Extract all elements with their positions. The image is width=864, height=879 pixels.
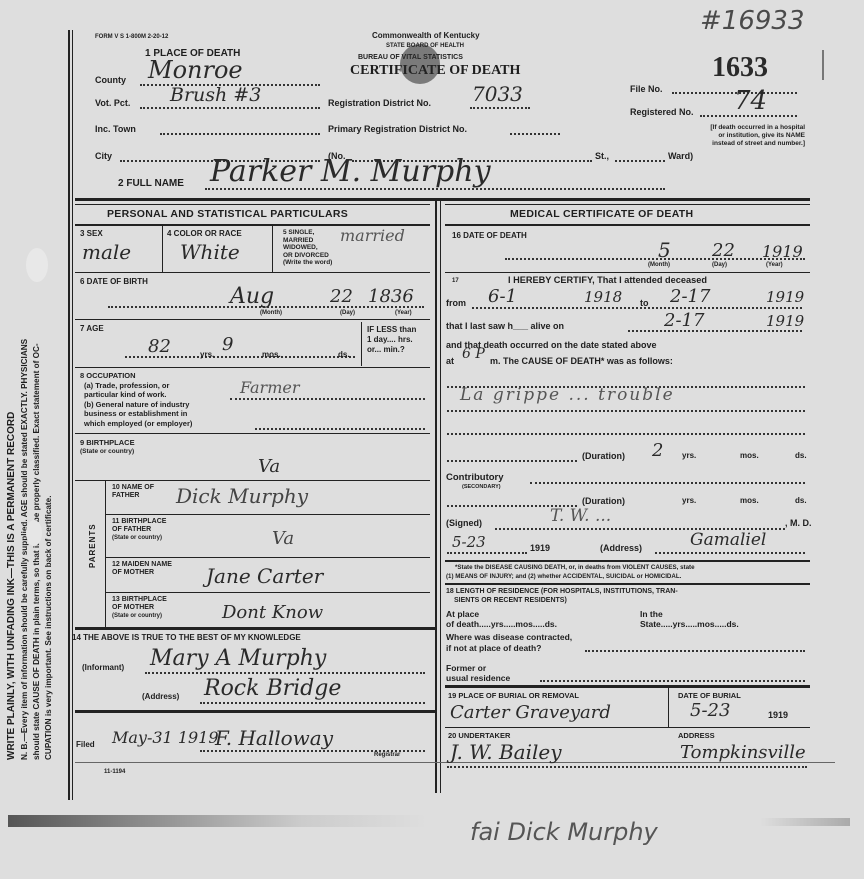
age-months: 9 xyxy=(222,334,233,355)
dob-label: 6 DATE OF BIRTH xyxy=(80,277,148,286)
undertaker-value: J. W. Bailey xyxy=(450,740,562,764)
dob-year-caption: (Year) xyxy=(395,310,412,316)
dob-day-caption: (Day) xyxy=(340,310,355,316)
yrs-label: yrs. xyxy=(200,350,214,359)
contrib-yrs: yrs. xyxy=(682,496,696,505)
signed-label: (Signed) xyxy=(446,518,482,528)
scan-shadow-strip-right xyxy=(760,818,850,826)
physician-address-value: Gamaliel xyxy=(690,530,766,550)
dod-day-caption: (Day) xyxy=(712,262,727,268)
cause-of-death-value: La grippe ... trouble xyxy=(460,385,675,405)
contributory-duration-label: (Duration) xyxy=(582,496,625,506)
secondary-label: (SECONDARY) xyxy=(462,484,501,490)
archive-number-annotation: #16933 xyxy=(700,6,805,36)
filed-value: May-31 1919 xyxy=(112,728,219,747)
column-divider xyxy=(435,198,437,793)
primary-registration-label: Primary Registration District No. xyxy=(328,124,467,134)
filed-label: Filed xyxy=(76,740,95,749)
burial-date-value: 5-23 xyxy=(690,700,730,721)
state-seal-icon xyxy=(400,44,440,84)
frame-left-inner xyxy=(72,30,73,800)
marital-value: married xyxy=(340,226,405,245)
last-saw-label: that I last saw h___ alive on xyxy=(446,321,564,331)
contrib-mos: mos. xyxy=(740,496,759,505)
contracted-label: Where was disease contracted, if not at … xyxy=(446,632,572,654)
county-value: Monroe xyxy=(148,56,243,84)
to-year: 1919 xyxy=(766,288,804,306)
sign-year-value: 1919 xyxy=(530,543,550,553)
dob-day: 22 xyxy=(330,286,353,307)
informant-label: (Informant) xyxy=(82,663,124,672)
date-of-death-year: 1919 xyxy=(762,242,803,261)
duration-yrs: yrs. xyxy=(682,451,696,460)
commonwealth-line: Commonwealth of Kentucky xyxy=(372,31,480,40)
mother-name-value: Jane Carter xyxy=(206,564,323,588)
mother-birthplace-value: Dont Know xyxy=(222,602,323,623)
undertaker-label: 20 UNDERTAKER xyxy=(448,731,510,740)
duration-ds: ds. xyxy=(795,451,807,460)
file-no-value: 1633 xyxy=(712,52,768,84)
dob-month-caption: (Month) xyxy=(260,310,282,316)
in-state-label: In the State.....yrs.....mos.....ds. xyxy=(640,609,739,629)
registrar-label: Registrar xyxy=(374,752,400,758)
burial-date-year: 1919 xyxy=(768,710,788,720)
signed-value: T. W. ... xyxy=(550,506,611,526)
duration-years-value: 2 xyxy=(652,440,663,461)
at-label: at xyxy=(446,356,454,366)
last-saw-value: 2-17 xyxy=(664,310,704,331)
marital-label: 5 SINGLE, MARRIED WIDOWED, OR DIVORCED (… xyxy=(283,229,332,267)
dod-month-caption: (Month) xyxy=(648,262,670,268)
mos-label: mos. xyxy=(262,350,281,359)
at-value: 6 P xyxy=(462,346,485,362)
date-of-death-month: 5 xyxy=(658,238,671,262)
duration-mos: mos. xyxy=(740,451,759,460)
ward-label: Ward) xyxy=(668,151,693,161)
frame-right xyxy=(822,50,824,80)
contributory-label: Contributory xyxy=(446,472,504,483)
dob-year: 1836 xyxy=(368,286,414,307)
burial-place-value: Carter Graveyard xyxy=(450,702,611,723)
if-less-label: IF LESS than 1 day.... hrs. or... min.? xyxy=(367,325,416,355)
father-name-label: 10 NAME OF FATHER xyxy=(112,484,154,500)
last-saw-year: 1919 xyxy=(766,312,804,330)
mother-name-label: 12 MAIDEN NAME OF MOTHER xyxy=(112,561,172,577)
residence-label: 18 LENGTH OF RESIDENCE (FOR HOSPITALS, I… xyxy=(446,587,678,605)
sex-label: 3 SEX xyxy=(80,229,103,238)
burial-date-label: DATE OF BURIAL xyxy=(678,691,741,700)
certify-number: 17 xyxy=(452,278,459,284)
md-label: , M. D. xyxy=(785,518,812,528)
birthplace-label: 9 BIRTHPLACE (State or country) xyxy=(80,438,135,456)
margin-line-1: WRITE PLAINLY, WITH UNFADING INK—THIS IS… xyxy=(6,412,17,760)
full-name-label: 2 FULL NAME xyxy=(118,178,184,189)
from-label: from xyxy=(446,298,466,308)
hospital-note: [If death occurred in a hospital or inst… xyxy=(705,124,805,148)
margin-line-3: should state CAUSE OF DEATH in plain ter… xyxy=(32,343,41,760)
occupation-label: 8 OCCUPATION (a) Trade, profession, or p… xyxy=(80,371,192,428)
occupation-value: Farmer xyxy=(240,378,300,397)
county-label: County xyxy=(95,75,126,85)
informant-value: Mary A Murphy xyxy=(150,646,326,671)
form-number: FORM V S 1-800M 2-20-12 xyxy=(95,34,168,40)
age-label: 7 AGE xyxy=(80,324,104,333)
age-years: 82 xyxy=(148,336,171,357)
sex-value: male xyxy=(82,240,131,264)
mother-birthplace-label: 13 BIRTHPLACE OF MOTHER (State or countr… xyxy=(112,596,167,620)
vot-pct-label: Vot. Pct. xyxy=(95,98,130,108)
scan-shadow-strip xyxy=(8,815,428,827)
to-value: 2-17 xyxy=(670,286,710,307)
certify-text: I HEREBY CERTIFY, That I attended deceas… xyxy=(508,275,707,285)
punch-hole xyxy=(26,248,48,282)
registered-no-label: Registered No. xyxy=(630,107,694,117)
medical-section-title: MEDICAL CERTIFICATE OF DEATH xyxy=(510,208,693,220)
from-year: 1918 xyxy=(584,288,622,306)
dob-month: Aug xyxy=(230,284,274,309)
father-name-value: Dick Murphy xyxy=(176,484,308,508)
margin-line-4: CUPATION is very important. See instruct… xyxy=(44,496,53,761)
physician-address-label: (Address) xyxy=(600,543,642,553)
parents-side-label: PARENTS xyxy=(88,523,97,568)
race-value: White xyxy=(180,240,240,264)
informant-address-label: (Address) xyxy=(142,692,179,701)
cause-text: m. The CAUSE OF DEATH* was as follows: xyxy=(490,356,673,366)
footnote-line-2: (1) MEANS OF INJURY; and (2) whether ACC… xyxy=(446,573,681,580)
file-no-label: File No. xyxy=(630,84,663,94)
form-code: 11-1194 xyxy=(104,769,125,775)
personal-section-title: PERSONAL AND STATISTICAL PARTICULARS xyxy=(107,208,348,220)
date-of-death-label: 16 DATE OF DEATH xyxy=(452,231,527,240)
registrar-value: F. Halloway xyxy=(215,726,333,750)
to-label: to xyxy=(640,298,649,308)
undertaker-address-label: ADDRESS xyxy=(678,731,715,740)
at-place-label: At place of death.....yrs.....mos.....ds… xyxy=(446,609,557,629)
street-label: St., xyxy=(595,151,609,161)
informant-address-value: Rock Bridge xyxy=(204,676,341,701)
footnote-line-1: *State the DISEASE CAUSING DEATH, or, in… xyxy=(455,564,695,571)
registered-no-value: 74 xyxy=(734,86,767,116)
punch-hole xyxy=(26,520,42,546)
ds-label: ds. xyxy=(338,350,350,359)
duration-label: (Duration) xyxy=(582,451,625,461)
father-birthplace-value: Va xyxy=(272,528,294,549)
dod-year-caption: (Year) xyxy=(766,262,783,268)
registration-district-value: 7033 xyxy=(472,82,523,106)
date-of-death-day: 22 xyxy=(712,240,735,261)
father-birthplace-label: 11 BIRTHPLACE OF FATHER (State or countr… xyxy=(112,518,166,542)
inc-town-label: Inc. Town xyxy=(95,124,136,134)
contrib-ds: ds. xyxy=(795,496,807,505)
city-label: City xyxy=(95,151,112,161)
bottom-annotation: fai Dick Murphy xyxy=(470,818,658,846)
margin-line-2: N. B.—Every item of information should b… xyxy=(20,339,29,760)
informant-statement: 14 THE ABOVE IS TRUE TO THE BEST OF MY K… xyxy=(72,633,301,642)
sign-date-value: 5-23 xyxy=(452,533,486,551)
from-value: 6-1 xyxy=(488,286,517,307)
registration-district-label: Registration District No. xyxy=(328,98,431,108)
frame-left xyxy=(68,30,70,800)
birthplace-value: Va xyxy=(258,456,280,477)
full-name-value: Parker M. Murphy xyxy=(210,154,491,189)
race-label: 4 COLOR OR RACE xyxy=(167,229,242,238)
undertaker-address-value: Tompkinsville xyxy=(680,742,806,763)
burial-place-label: 19 PLACE OF BURIAL OR REMOVAL xyxy=(448,691,579,700)
former-residence-label: Former or usual residence xyxy=(446,663,510,683)
vot-pct-value: Brush #3 xyxy=(170,84,261,106)
